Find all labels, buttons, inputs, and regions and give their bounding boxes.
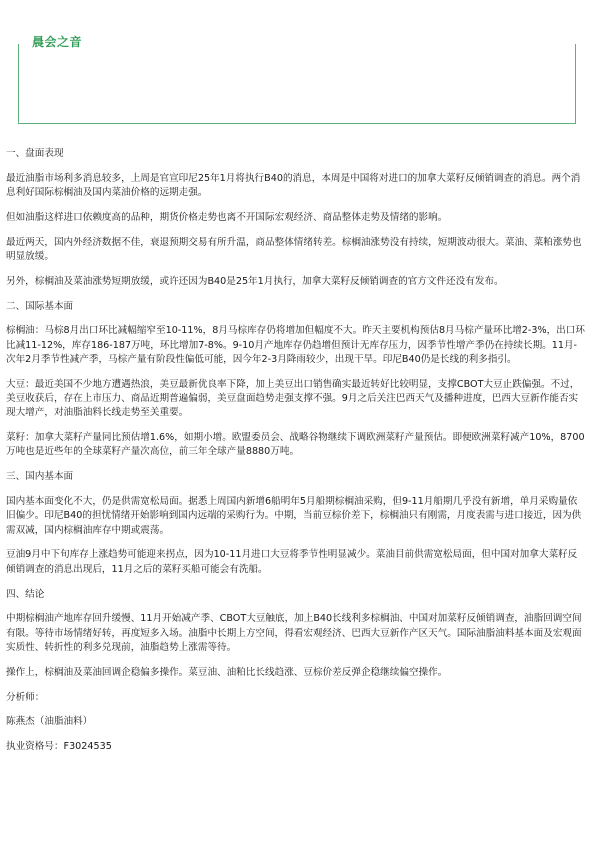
section-heading-domestic: 三、国内基本面 xyxy=(6,470,586,484)
paragraph: 中期棕榈油产地库存回升缓慢、11月开始减产季、CBOT大豆触底，加上B40长线利… xyxy=(6,612,586,655)
paragraph: 棕榈油：马棕8月出口环比减幅缩窄至10-11%，8月马棕库存仍将增加但幅度不大。… xyxy=(6,324,586,367)
section-heading-conclusion: 四、结论 xyxy=(6,588,586,602)
section-heading-international: 二、国际基本面 xyxy=(6,300,586,314)
analyst-label: 分析师： xyxy=(6,691,586,705)
license-number: 执业资格号：F3024535 xyxy=(6,740,586,754)
analyst-name: 陈燕杰（油脂油料） xyxy=(6,715,586,729)
paragraph: 但如油脂这样进口依赖度高的品种，期货价格走势也离不开国际宏观经济、商品整体走势及… xyxy=(6,211,586,225)
paragraph: 豆油9月中下旬库存上涨趋势可能迎来拐点，因为10-11月进口大豆将季节性明显减少… xyxy=(6,548,586,577)
report-body: 一、盘面表现 最近油脂市场利多消息较多，上周是官宣印尼25年1月将执行B40的消… xyxy=(6,147,586,765)
paragraph: 操作上，棕榈油及菜油回调企稳偏多操作。菜豆油、油粕比长线趋涨、豆棕价差反弹企稳继… xyxy=(6,666,586,680)
paragraph: 最近两天，国内外经济数据不佳，衰退预期交易有所升温，商品整体情绪转差。棕榈油涨势… xyxy=(6,236,586,265)
paragraph: 菜籽：加拿大菜籽产量同比预估增1.6%，如期小增。欧盟委员会、战略谷物继续下调欧… xyxy=(6,431,586,460)
header-frame xyxy=(18,44,576,124)
paragraph: 最近油脂市场利多消息较多，上周是官宣印尼25年1月将执行B40的消息，本周是中国… xyxy=(6,172,586,201)
header-title: 晨会之音 xyxy=(32,33,82,50)
paragraph: 国内基本面变化不大，仍是供需宽松局面。据悉上周国内新增6船明年5月船期棕榈油采购… xyxy=(6,495,586,538)
section-heading-market: 一、盘面表现 xyxy=(6,147,586,161)
paragraph: 另外，棕榈油及菜油涨势短期放缓，或许还因为B40是25年1月执行，加拿大菜籽反倾… xyxy=(6,275,586,289)
paragraph: 大豆：最近美国不少地方遭遇热浪，美豆最新优良率下降，加上美豆出口销售确实最近转好… xyxy=(6,378,586,421)
